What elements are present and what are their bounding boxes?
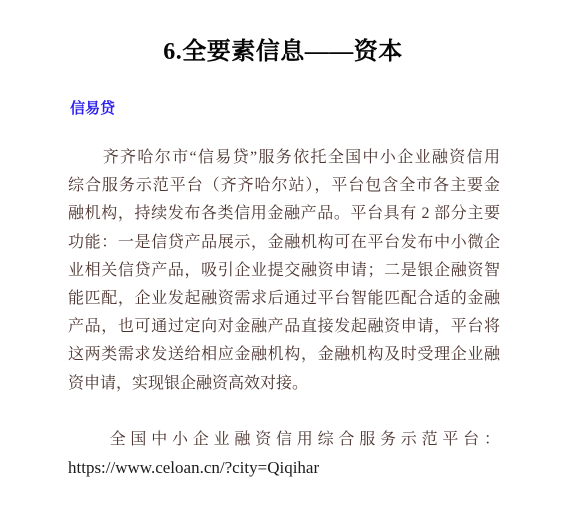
body-line: 这两类需求发送给相应金融机构，金融机构及时受理企业融 — [68, 341, 500, 369]
platform-label: 全国中小企业融资信用综合服务示范平台： — [68, 427, 500, 453]
body-line: 齐齐哈尔市“信易贷”服务依托全国中小企业融资信用 — [68, 144, 500, 172]
body-line: 能匹配，企业发起融资需求后通过平台智能匹配合适的金融 — [68, 285, 500, 313]
body-line: 资申请，实现银企融资高效对接。 — [68, 370, 500, 398]
platform-url: https://www.celoan.cn/?city=Qiqihar — [68, 456, 319, 480]
body-line: 功能：一是信贷产品展示，金融机构可在平台发布中小微企 — [68, 229, 500, 257]
body-line: 融机构，持续发布各类信用金融产品。平台具有 2 部分主要 — [68, 200, 500, 228]
subsection-heading: 信易贷 — [70, 97, 115, 118]
body-line: 产品，也可通过定向对金融产品直接发起融资申请，平台将 — [68, 313, 500, 341]
body-line: 业相关信贷产品，吸引企业提交融资申请；二是银企融资智 — [68, 257, 500, 285]
document-page: 6.全要素信息——资本 信易贷 齐齐哈尔市“信易贷”服务依托全国中小企业融资信用… — [0, 0, 566, 520]
body-line: 综合服务示范平台（齐齐哈尔站），平台包含全市各主要金 — [68, 172, 500, 200]
body-paragraph: 齐齐哈尔市“信易贷”服务依托全国中小企业融资信用综合服务示范平台（齐齐哈尔站），… — [68, 144, 500, 398]
section-title: 6.全要素信息——资本 — [0, 31, 566, 66]
